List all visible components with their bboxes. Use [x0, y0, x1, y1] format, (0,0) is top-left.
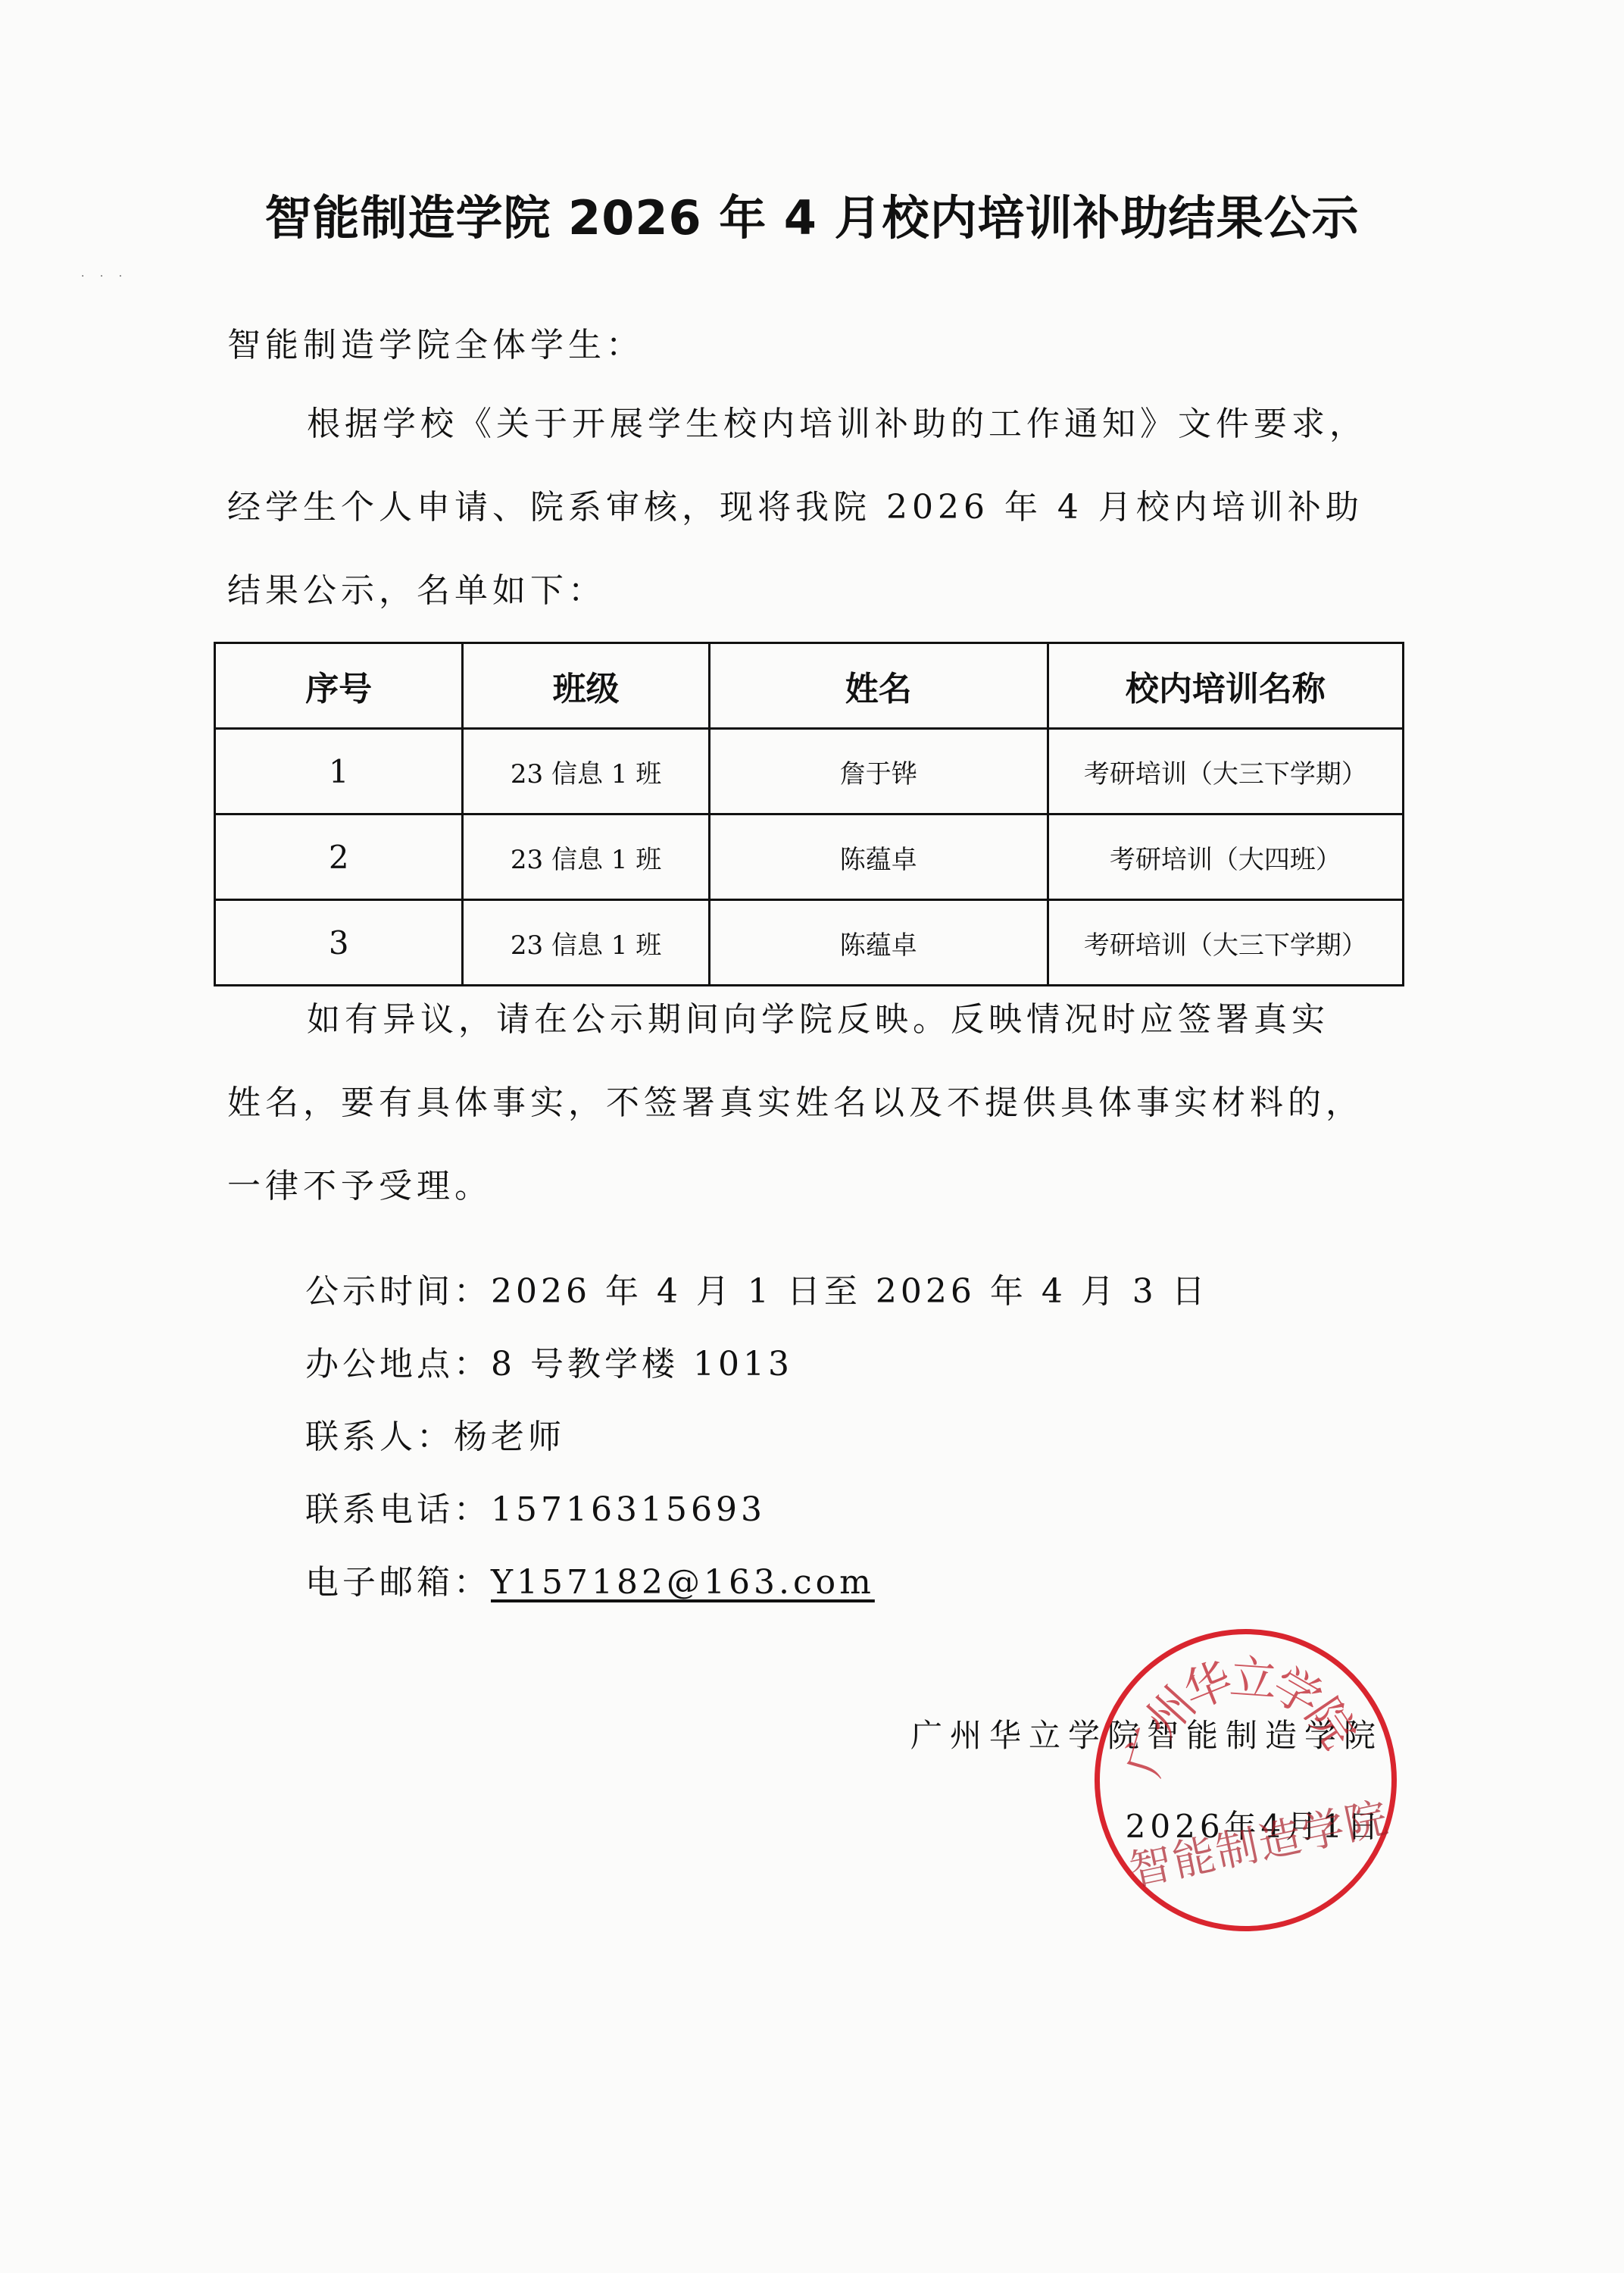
office-value: 8 号教学楼 1013 [491, 1345, 793, 1383]
table-header-row: 序号 班级 姓名 校内培训名称 [215, 643, 1404, 729]
email-label: 电子邮箱： [305, 1563, 491, 1602]
objection-line: 如有异议，请在公示期间向学院反映。反映情况时应签署真实 [227, 999, 1394, 1082]
header-no: 序号 [215, 643, 463, 729]
intro-paragraph: 根据学校《关于开展学生校内培训补助的工作通知》文件要求， 经学生个人申请、院系审… [227, 403, 1394, 653]
salutation: 智能制造学院全体学生： [227, 324, 1394, 367]
page-title: 智能制造学院 2026 年 4 月校内培训补助结果公示 [0, 180, 1624, 248]
header-class: 班级 [463, 643, 709, 729]
email-link[interactable]: Y157182@163.com [491, 1563, 875, 1602]
cell-name: 陈蕴卓 [709, 900, 1048, 986]
table-row: 2 23 信息 1 班 陈蕴卓 考研培训（大四班） [215, 814, 1404, 900]
table-row: 1 23 信息 1 班 詹于铧 考研培训（大三下学期） [215, 729, 1404, 814]
cell-training: 考研培训（大四班） [1048, 814, 1403, 900]
intro-line: 结果公示，名单如下： [227, 570, 1394, 653]
phone-line: 联系电话：15716315693 [305, 1482, 766, 1530]
stamp-char: 立 [1227, 1639, 1279, 1709]
period-value: 2026 年 4 月 1 日至 2026 年 4 月 3 日 [491, 1272, 1209, 1311]
objection-line: 一律不予受理。 [227, 1165, 1394, 1249]
cell-class: 23 信息 1 班 [463, 814, 709, 900]
roster-table: 序号 班级 姓名 校内培训名称 1 23 信息 1 班 詹于铧 考研培训（大三下… [214, 642, 1404, 986]
period-label: 公示时间： [305, 1272, 491, 1311]
office-line: 办公地点：8 号教学楼 1013 [305, 1337, 793, 1385]
cell-no: 1 [215, 729, 463, 814]
objection-paragraph: 如有异议，请在公示期间向学院反映。反映情况时应签署真实 姓名，要有具体事实，不签… [227, 999, 1394, 1249]
cell-training: 考研培训（大三下学期） [1048, 900, 1403, 986]
stamp-char: 华 [1172, 1642, 1241, 1722]
contact-value: 杨老师 [454, 1418, 565, 1456]
period-line: 公示时间：2026 年 4 月 1 日至 2026 年 4 月 3 日 [305, 1264, 1209, 1312]
office-label: 办公地点： [305, 1345, 491, 1383]
contact-label: 联系人： [305, 1418, 454, 1456]
cell-class: 23 信息 1 班 [463, 900, 709, 986]
intro-line: 经学生个人申请、院系审核，现将我院 2026 年 4 月校内培训补助 [227, 486, 1394, 570]
stamp-arc-text: 广 州 华 立 学 院 [1073, 1607, 1419, 1953]
cell-name: 詹于铧 [709, 729, 1048, 814]
official-seal-stamp: 广 州 华 立 学 院 智能制造学院 [1067, 1601, 1425, 1959]
intro-line: 根据学校《关于开展学生校内培训补助的工作通知》文件要求， [227, 403, 1394, 486]
contact-line: 联系人：杨老师 [305, 1409, 565, 1458]
cell-class: 23 信息 1 班 [463, 729, 709, 814]
header-name: 姓名 [709, 643, 1048, 729]
objection-line: 姓名，要有具体事实，不签署真实姓名以及不提供具体事实材料的， [227, 1082, 1394, 1165]
scan-specks: · · · [81, 270, 128, 283]
signature-date: 2026年4月1日 [1126, 1802, 1383, 1847]
email-line: 电子邮箱：Y157182@163.com [305, 1555, 875, 1603]
cell-no: 3 [215, 900, 463, 986]
table-row: 3 23 信息 1 班 陈蕴卓 考研培训（大三下学期） [215, 900, 1404, 986]
phone-label: 联系电话： [305, 1490, 491, 1529]
cell-name: 陈蕴卓 [709, 814, 1048, 900]
cell-training: 考研培训（大三下学期） [1048, 729, 1403, 814]
phone-value: 15716315693 [491, 1490, 766, 1529]
cell-no: 2 [215, 814, 463, 900]
header-training: 校内培训名称 [1048, 643, 1403, 729]
signature-organization: 广州华立学院智能制造学院 [910, 1711, 1383, 1756]
